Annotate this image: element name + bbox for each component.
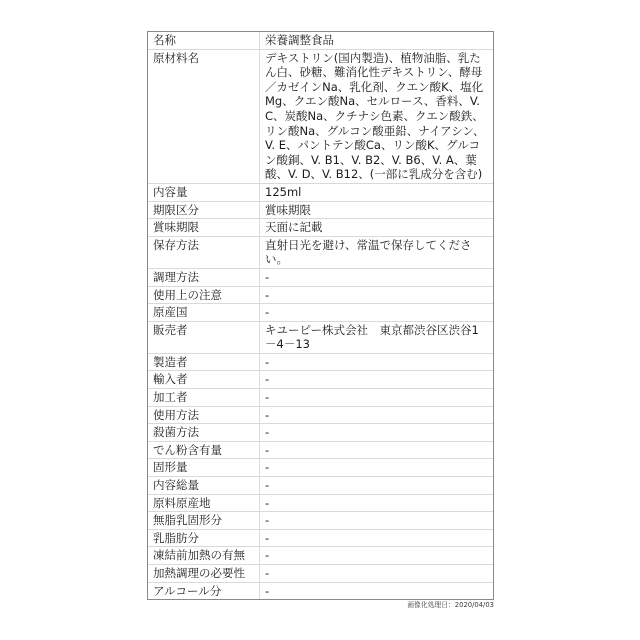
- table-row: 乳脂肪分-: [148, 529, 493, 547]
- row-label: 固形量: [148, 459, 260, 477]
- row-value: -: [260, 424, 494, 442]
- table-row: 期限区分賞味期限: [148, 201, 493, 219]
- table-row: 原料原産地-: [148, 494, 493, 512]
- table-row: 調理方法-: [148, 268, 493, 286]
- row-value: -: [260, 371, 494, 389]
- table-row: 内容総量-: [148, 477, 493, 495]
- product-spec-section: 名称栄養調整食品原材料名デキストリン(国内製造)、植物油脂、乳たん白、砂糖、難消…: [147, 31, 494, 611]
- row-label: 凍結前加熱の有無: [148, 547, 260, 565]
- row-value: -: [260, 304, 494, 322]
- product-spec-table: 名称栄養調整食品原材料名デキストリン(国内製造)、植物油脂、乳たん白、砂糖、難消…: [148, 32, 493, 599]
- row-label: 賞味期限: [148, 219, 260, 237]
- row-value: -: [260, 286, 494, 304]
- table-row: 内容量125ml: [148, 183, 493, 201]
- row-label: 使用方法: [148, 406, 260, 424]
- product-spec-table-frame: 名称栄養調整食品原材料名デキストリン(国内製造)、植物油脂、乳たん白、砂糖、難消…: [147, 31, 494, 600]
- table-row: 販売者キユーピー株式会社 東京都渋谷区渋谷1－4－13: [148, 321, 493, 353]
- row-value: -: [260, 389, 494, 407]
- row-label: 使用上の注意: [148, 286, 260, 304]
- row-label: 調理方法: [148, 268, 260, 286]
- row-value: -: [260, 494, 494, 512]
- table-row: アルコール分-: [148, 582, 493, 599]
- table-row: 保存方法直射日光を避け、常温で保存してください。: [148, 236, 493, 268]
- row-value: -: [260, 441, 494, 459]
- row-value: 天面に記載: [260, 219, 494, 237]
- table-row: 使用上の注意-: [148, 286, 493, 304]
- table-row: 輸入者-: [148, 371, 493, 389]
- row-label: 加熱調理の必要性: [148, 565, 260, 583]
- row-value: -: [260, 565, 494, 583]
- row-label: 原材料名: [148, 49, 260, 183]
- spec-table-body: 名称栄養調整食品原材料名デキストリン(国内製造)、植物油脂、乳たん白、砂糖、難消…: [148, 32, 493, 599]
- table-row: 凍結前加熱の有無-: [148, 547, 493, 565]
- row-label: アルコール分: [148, 582, 260, 599]
- row-label: でん粉含有量: [148, 441, 260, 459]
- table-row: 名称栄養調整食品: [148, 32, 493, 49]
- row-label: 加工者: [148, 389, 260, 407]
- table-row: 加熱調理の必要性-: [148, 565, 493, 583]
- table-row: 固形量-: [148, 459, 493, 477]
- row-value: 直射日光を避け、常温で保存してください。: [260, 236, 494, 268]
- row-label: 内容量: [148, 183, 260, 201]
- table-row: 製造者-: [148, 353, 493, 371]
- image-processed-date: 画像化処理日：2020/04/03: [199, 601, 494, 610]
- table-row: 加工者-: [148, 389, 493, 407]
- row-value: キユーピー株式会社 東京都渋谷区渋谷1－4－13: [260, 321, 494, 353]
- row-value: -: [260, 547, 494, 565]
- table-row: 原産国-: [148, 304, 493, 322]
- row-value: -: [260, 477, 494, 495]
- row-value: -: [260, 512, 494, 530]
- row-label: 殺菌方法: [148, 424, 260, 442]
- row-label: 無脂乳固形分: [148, 512, 260, 530]
- row-label: 保存方法: [148, 236, 260, 268]
- row-value: デキストリン(国内製造)、植物油脂、乳たん白、砂糖、難消化性デキストリン、酵母／…: [260, 49, 494, 183]
- row-label: 期限区分: [148, 201, 260, 219]
- row-value: -: [260, 529, 494, 547]
- row-value: -: [260, 582, 494, 599]
- row-label: 原料原産地: [148, 494, 260, 512]
- table-row: 殺菌方法-: [148, 424, 493, 442]
- row-label: 原産国: [148, 304, 260, 322]
- row-label: 製造者: [148, 353, 260, 371]
- row-label: 乳脂肪分: [148, 529, 260, 547]
- row-label: 内容総量: [148, 477, 260, 495]
- row-value: -: [260, 353, 494, 371]
- row-value: 賞味期限: [260, 201, 494, 219]
- row-value: -: [260, 268, 494, 286]
- row-value: -: [260, 406, 494, 424]
- table-row: でん粉含有量-: [148, 441, 493, 459]
- row-label: 輸入者: [148, 371, 260, 389]
- row-value: 125ml: [260, 183, 494, 201]
- page: 名称栄養調整食品原材料名デキストリン(国内製造)、植物油脂、乳たん白、砂糖、難消…: [0, 0, 640, 640]
- row-label: 名称: [148, 32, 260, 49]
- table-row: 無脂乳固形分-: [148, 512, 493, 530]
- row-label: 販売者: [148, 321, 260, 353]
- row-value: -: [260, 459, 494, 477]
- table-row: 原材料名デキストリン(国内製造)、植物油脂、乳たん白、砂糖、難消化性デキストリン…: [148, 49, 493, 183]
- table-row: 使用方法-: [148, 406, 493, 424]
- table-row: 賞味期限天面に記載: [148, 219, 493, 237]
- row-value: 栄養調整食品: [260, 32, 494, 49]
